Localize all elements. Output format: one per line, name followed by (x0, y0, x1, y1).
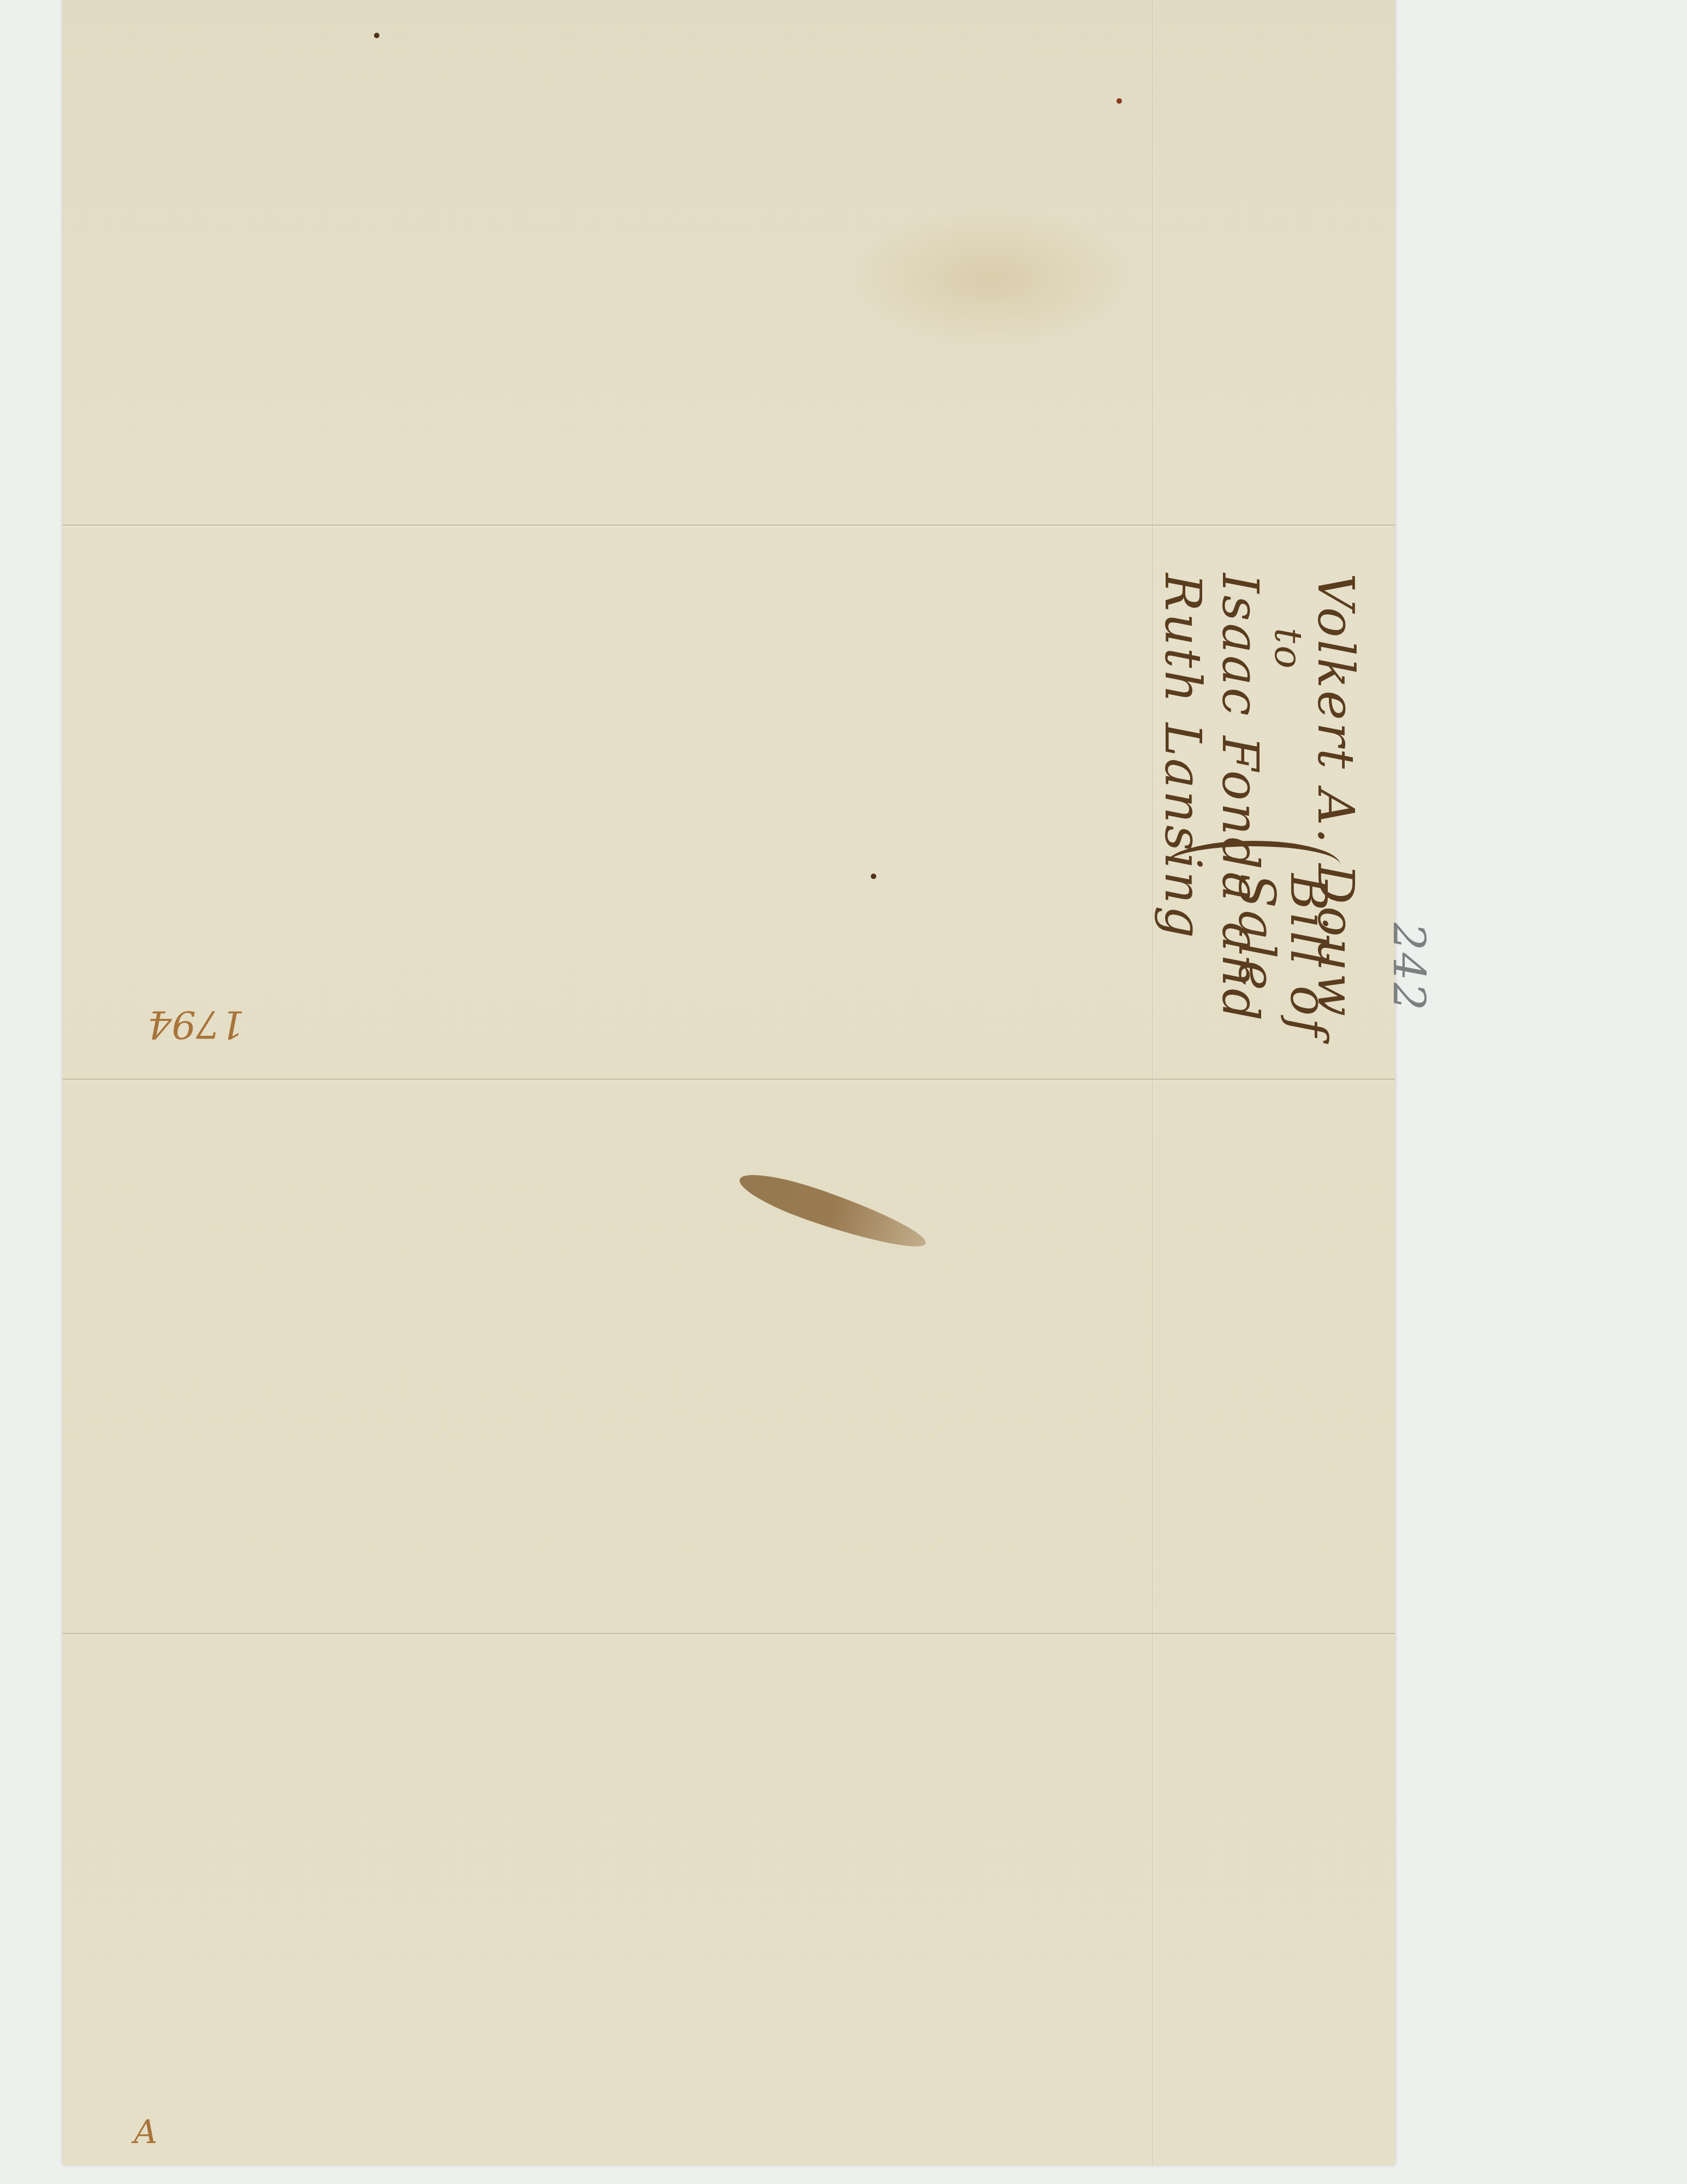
docket-title-line-1: Bill of (1283, 874, 1333, 1039)
docket-line-4: Ruth Lansing (1157, 573, 1208, 940)
docket-line-2: to (1269, 628, 1308, 670)
fold-line-vertical (1152, 0, 1154, 2165)
fold-line-3 (63, 1633, 1395, 1636)
inverted-year: 1794 (147, 1002, 245, 1047)
ink-spot (1116, 98, 1122, 104)
docket-title-line-2: Sale (1231, 874, 1281, 993)
archive-pencil-number: 242 (1387, 923, 1430, 1013)
fold-line-1 (63, 524, 1395, 527)
ink-spot (871, 874, 876, 879)
ink-smear (734, 1164, 931, 1259)
water-stain (849, 207, 1133, 349)
manuscript-page (63, 0, 1395, 2165)
fold-line-2 (63, 1078, 1395, 1082)
ink-spot (374, 33, 379, 38)
corner-mark: A (134, 2113, 157, 2151)
